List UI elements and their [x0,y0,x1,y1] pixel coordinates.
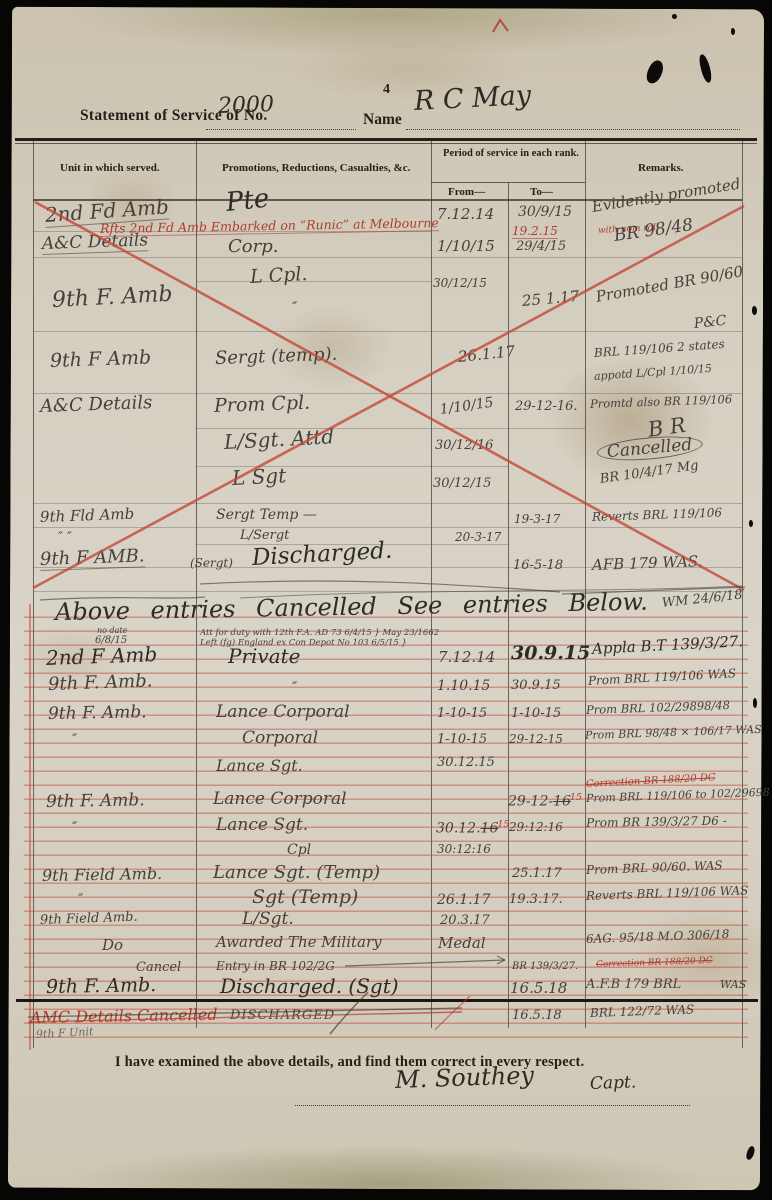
red-check-mark [493,20,508,32]
pen-stroke [40,597,205,600]
cancellation-cross [0,0,772,1200]
arrow-stroke [345,960,505,966]
black-strike [28,1008,462,1017]
pen-stroke [200,581,560,592]
red-strike [28,1012,462,1022]
pen-stroke [240,586,742,598]
document-sheet: 4 Statement of Service of No. 2000 Name … [0,0,772,1200]
tick-stroke [330,992,368,1034]
pen-stroke [562,587,745,594]
